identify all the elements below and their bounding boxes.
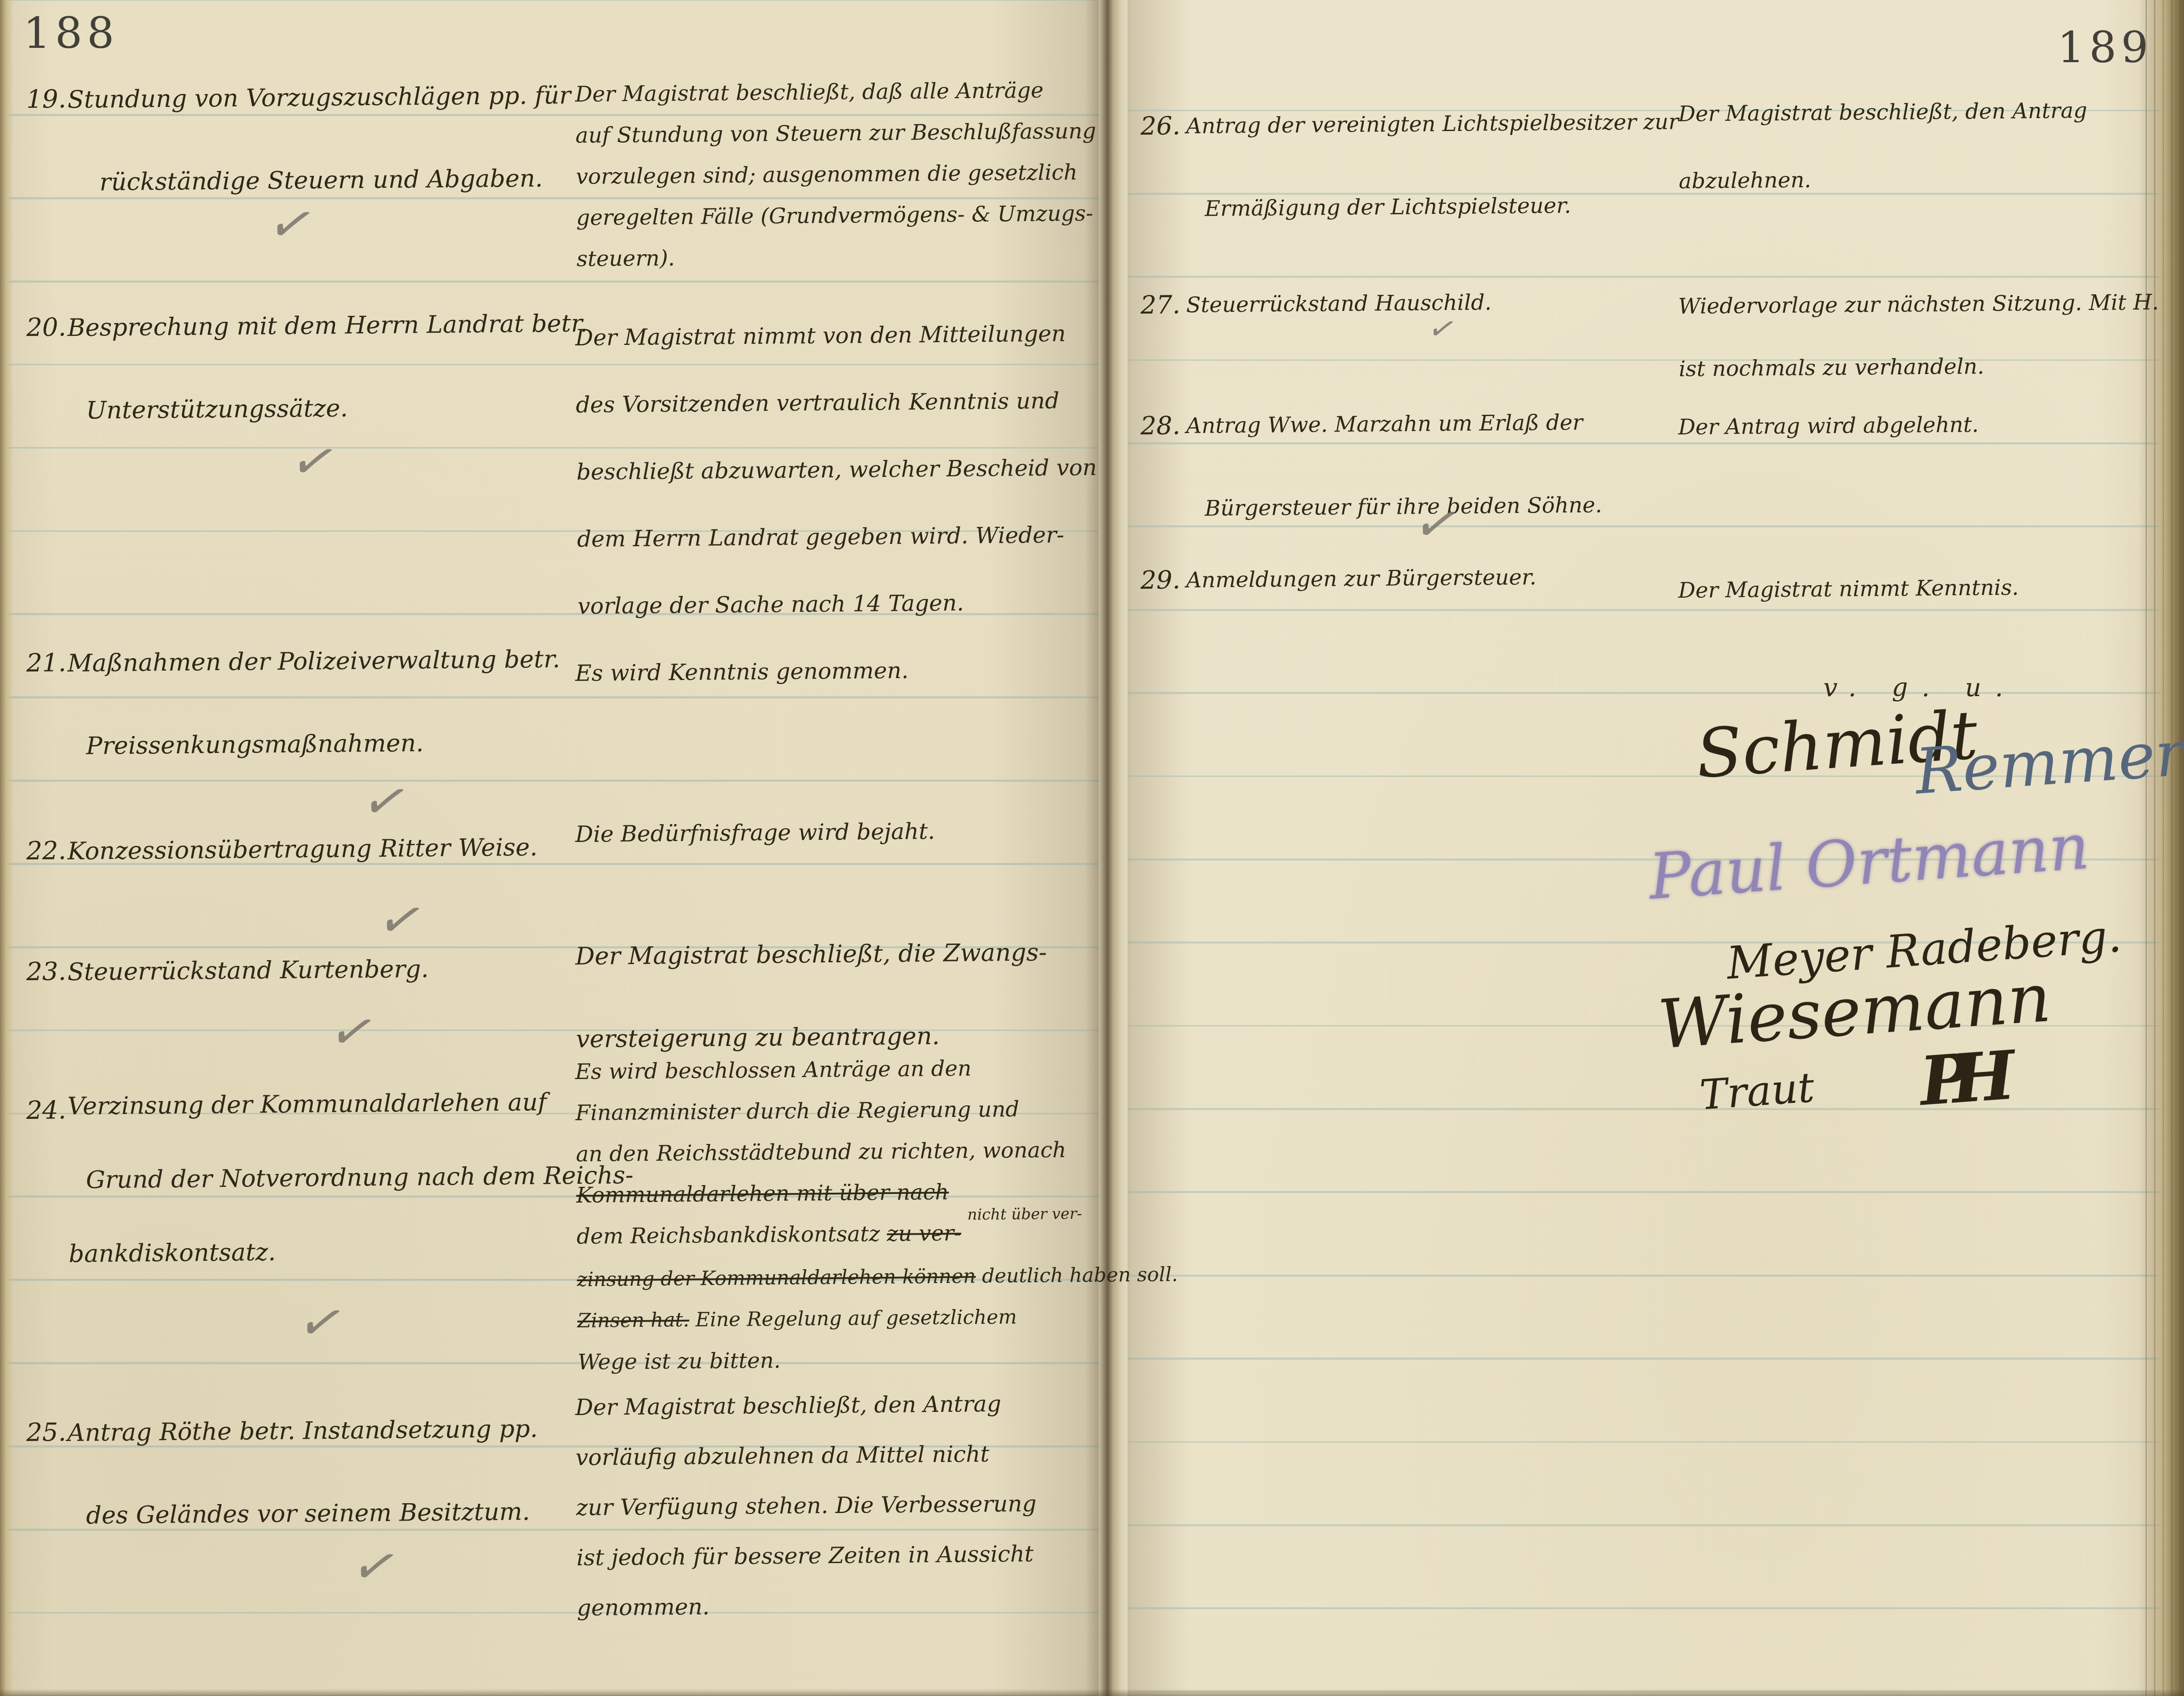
topic-line: des Geländes vor seinem Besitztum. xyxy=(86,1470,539,1557)
resolution-text: deutlich haben soll. xyxy=(975,1263,1178,1288)
closing-formula: v. g. u. xyxy=(1823,673,2017,702)
entry-topic: Stundung von Vorzugszuschlägen pp. für r… xyxy=(67,54,572,224)
entry-number: 24. xyxy=(26,1069,67,1152)
resolution-line: Der Magistrat beschließt, den Antrag xyxy=(1678,77,2087,148)
entry-number: 20. xyxy=(26,286,67,369)
resolution-text: dem Reichsbankdiskontsatz xyxy=(576,1221,880,1249)
resolution-line: auf Stundung von Steuern zur Beschlußfas… xyxy=(575,111,1096,156)
entry-resolution: Der Antrag wird abgelehnt. xyxy=(1678,391,1979,461)
resolution-line: Es wird beschlossen Anträge an den xyxy=(575,1046,1176,1092)
resolution-line: dem Reichsbankdiskontsatz zu ver-nicht ü… xyxy=(576,1211,1178,1259)
resolution-line: Der Magistrat beschließt, daß alle Anträ… xyxy=(575,69,1096,115)
resolution-line: Der Magistrat beschließt, den Antrag xyxy=(575,1378,1036,1432)
topic-line: Besprechung mit dem Herrn Landrat betr. xyxy=(67,282,588,369)
topic-line: bankdiskontsatz. xyxy=(68,1212,634,1291)
entry-resolution: Es wird beschlossen Anträge an den Finan… xyxy=(575,1046,1179,1383)
resolution-line-struck: Kommunaldarlehen mit über nach xyxy=(576,1169,1177,1216)
entry-topic: Antrag Röthe betr. Instandsetzung pp. de… xyxy=(67,1387,539,1557)
topic-line: Steuerrückstand Kurtenberg. xyxy=(67,927,429,1013)
resolution-line: vorzulegen sind; ausgenommen die gesetzl… xyxy=(576,152,1097,197)
entry-number: 22. xyxy=(26,809,67,893)
entry-topic: Steuerrückstand Kurtenberg. xyxy=(67,927,429,1013)
resolution-line: zur Verfügung stehen. Die Verbesserung xyxy=(576,1479,1037,1533)
resolution-line: Der Magistrat beschließt, die Zwangs- xyxy=(575,911,1047,998)
topic-line: Maßnahmen der Polizeiverwaltung betr. xyxy=(67,617,561,705)
page-number: 189 xyxy=(2057,22,2153,72)
entry-resolution: Der Magistrat beschließt, den Antrag vor… xyxy=(575,1378,1038,1633)
resolution-line: vorläufig abzulehnen da Mittel nicht xyxy=(575,1428,1036,1483)
topic-line: Antrag der vereinigten Lichtspielbesitze… xyxy=(1186,81,1679,168)
entry-resolution: Die Bedürfnisfrage wird bejaht. xyxy=(575,798,935,868)
entry-topic: Konzessionsübertragung Ritter Weise. xyxy=(67,806,538,893)
resolution-line: Wiedervorlage zur nächsten Sitzung. Mit … xyxy=(1678,271,2159,338)
entry-topic: Maßnahmen der Polizeiverwaltung betr. Pr… xyxy=(67,617,561,787)
resolution-line: abzulehnen. xyxy=(1678,144,2088,215)
page-number: 188 xyxy=(23,8,119,58)
topic-line: Antrag Wwe. Marzahn um Erlaß der xyxy=(1186,381,1601,468)
entry-number: 27. xyxy=(1140,264,1181,347)
entry-topic: Verzinsung der Kommunaldarlehen auf Grun… xyxy=(67,1064,634,1291)
interline-insert: nicht über ver- xyxy=(967,1205,1082,1224)
topic-line: Konzessionsübertragung Ritter Weise. xyxy=(67,806,538,893)
entry-number: 19. xyxy=(26,58,67,141)
entry-number: 26. xyxy=(1140,85,1181,168)
resolution-line: ist jedoch für bessere Zeiten in Aussich… xyxy=(576,1529,1037,1583)
entry-topic: Besprechung mit dem Herrn Landrat betr. … xyxy=(67,282,589,452)
entry-resolution: Der Magistrat beschließt, daß alle Anträ… xyxy=(575,69,1097,280)
resolution-line: Die Bedürfnisfrage wird bejaht. xyxy=(575,798,935,868)
entry-number: 29. xyxy=(1140,539,1181,622)
resolution-line: Der Magistrat nimmt Kenntnis. xyxy=(1678,554,2019,624)
topic-line: Ermäßigung der Lichtspielsteuer. xyxy=(1205,163,1680,250)
resolution-line: Es wird Kenntnis genommen. xyxy=(575,637,909,706)
topic-line: Grund der Notverordnung nach dem Reichs- xyxy=(85,1138,634,1217)
resolution-line: genommen. xyxy=(577,1579,1038,1633)
resolution-text-struck: zinsung der Kommunaldarlehen können xyxy=(577,1265,976,1291)
entry-number: 28. xyxy=(1140,384,1181,468)
page-edge-left xyxy=(0,0,13,1696)
page-edge-bottom xyxy=(0,1689,2184,1696)
ledger-scan: 188 189 19. Stundung von Vorzugszuschläg… xyxy=(0,0,2184,1696)
topic-line: Preissenkungsmaßnahmen. xyxy=(86,700,562,787)
page-edge-stack-right xyxy=(2138,0,2184,1696)
resolution-line: ist nochmals zu verhandeln. xyxy=(1678,334,2159,400)
resolution-line: Zinsen hat. Eine Regelung auf gesetzlich… xyxy=(577,1295,1179,1342)
entry-topic: Anmeldungen zur Bürgersteuer. xyxy=(1186,536,1537,622)
resolution-text-struck: Zinsen hat. xyxy=(577,1309,690,1332)
resolution-line: Der Antrag wird abgelehnt. xyxy=(1678,391,1979,461)
topic-line: Antrag Röthe betr. Instandsetzung pp. xyxy=(67,1387,538,1474)
signature-paraph: PH xyxy=(1917,1037,1999,1121)
topic-line: rückständige Steuern und Abgaben. xyxy=(99,136,572,223)
resolution-line: steuern). xyxy=(576,234,1097,280)
entry-resolution: Wiedervorlage zur nächsten Sitzung. Mit … xyxy=(1678,271,2159,400)
entry-resolution: Der Magistrat nimmt von den Mitteilungen… xyxy=(575,300,1098,640)
entry-number: 23. xyxy=(26,930,67,1013)
entry-topic: Antrag Wwe. Marzahn um Erlaß der Bürgers… xyxy=(1186,381,1602,550)
resolution-line: dem Herrn Landrat gegeben wird. Wieder- xyxy=(577,501,1098,573)
resolution-line: beschließt abzuwarten, welcher Bescheid … xyxy=(576,434,1097,506)
topic-line: Stundung von Vorzugszuschlägen pp. für xyxy=(67,54,571,141)
resolution-line: Wege ist zu bitten. xyxy=(578,1336,1179,1383)
entry-number: 21. xyxy=(26,621,67,705)
entry-resolution: Es wird Kenntnis genommen. xyxy=(575,637,909,706)
entry-resolution: Der Magistrat nimmt Kenntnis. xyxy=(1678,554,2019,624)
topic-line: Verzinsung der Kommunaldarlehen auf xyxy=(67,1064,633,1143)
entry-resolution: Der Magistrat beschließt, den Antrag abz… xyxy=(1678,77,2088,215)
resolution-text: Eine Regelung auf gesetzlichem xyxy=(689,1305,1017,1331)
topic-line: Anmeldungen zur Bürgersteuer. xyxy=(1186,536,1537,622)
entry-number: 25. xyxy=(26,1391,67,1474)
resolution-line: geregelten Fälle (Grundvermögens- & Umzu… xyxy=(576,193,1097,238)
resolution-line: Finanzminister durch die Regierung und xyxy=(575,1087,1177,1134)
resolution-text-struck: zu ver- xyxy=(887,1220,962,1246)
resolution-line: Der Magistrat nimmt von den Mitteilungen xyxy=(575,300,1096,371)
resolution-line: zinsung der Kommunaldarlehen können deut… xyxy=(577,1254,1178,1301)
entry-topic: Antrag der vereinigten Lichtspielbesitze… xyxy=(1186,81,1680,251)
resolution-line: an den Reichsstädtebund zu richten, wona… xyxy=(576,1128,1177,1175)
resolution-line: vorlage der Sache nach 14 Tagen. xyxy=(577,568,1098,640)
resolution-line: des Vorsitzenden vertraulich Kenntnis un… xyxy=(575,367,1096,438)
signature: Traut xyxy=(1698,1063,1816,1119)
